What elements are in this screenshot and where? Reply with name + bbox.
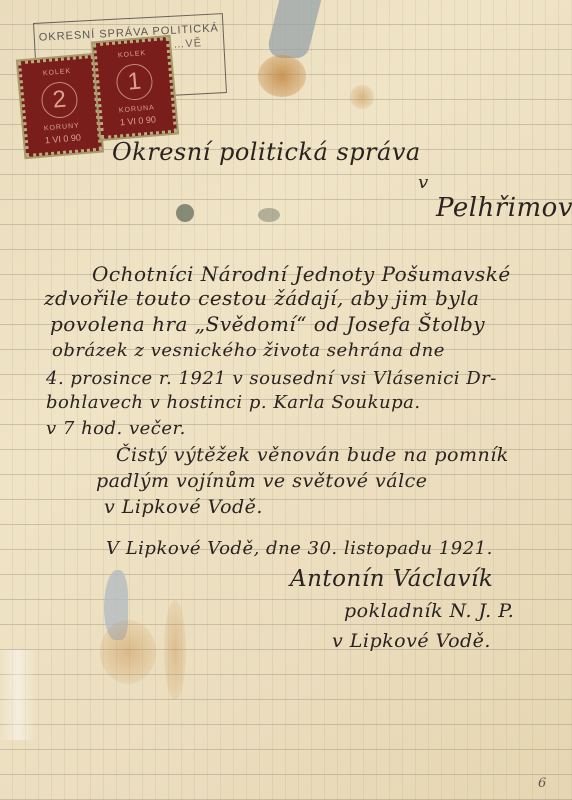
body-line6: bohlavech v hostinci p. Karla Soukupa. <box>46 392 421 413</box>
revenue-stamp-2-koruny: KOLEK 2 KORUNY 1 VI 0 90 <box>18 55 102 157</box>
green-ink-blot-1 <box>176 204 194 222</box>
place-and-date: V Lipkové Vodě, dne 30. listopadu 1921. <box>106 538 493 559</box>
signatory-location: v Lipkové Vodě. <box>332 630 491 652</box>
green-ink-blot-2 <box>258 208 280 222</box>
address-line1: Okresní politická správa <box>112 138 421 166</box>
body-line2: zdvořile touto cestou žádají, aby jim by… <box>44 286 479 310</box>
signatory-title: pokladník N. J. P. <box>344 600 514 622</box>
body-line4: obrázek z vesnického života sehrána dne <box>52 340 445 361</box>
signature: Antonín Václavík <box>290 566 493 592</box>
body-line7: v 7 hod. večer. <box>46 418 186 439</box>
revenue-stamp-1-koruna: KOLEK 1 KORUNA 1 VI 0 90 <box>93 37 177 139</box>
paper-crease <box>0 650 36 740</box>
rust-stain-bottom <box>100 620 156 684</box>
rubber-stamp-line2: …VĚ <box>173 37 202 50</box>
document-page: OKRESNÍ SPRÁVA POLITICKÁ …VĚ KOLEK 2 KOR… <box>0 0 572 800</box>
grey-paper-patch-top <box>265 0 321 58</box>
body-line3: povolena hra „Svědomí“ od Josefa Štolby <box>50 312 485 336</box>
body-line5: 4. prosince r. 1921 v sousední vsi Vláse… <box>46 368 497 389</box>
rust-stain-top <box>258 55 306 97</box>
rust-streak-bottom <box>164 600 186 700</box>
address-line3: Pelhřimově <box>436 193 572 223</box>
body-line8: Čistý výtěžek věnován bude na pomník <box>116 444 509 466</box>
page-number: 6 <box>538 776 547 791</box>
body-line9: padlým vojínům ve světové válce <box>96 470 428 492</box>
body-line1: Ochotníci Národní Jednoty Pošumavské <box>92 262 511 286</box>
body-line10: v Lipkové Vodě. <box>104 496 263 518</box>
address-line2: v <box>418 172 429 193</box>
rust-stain-small <box>350 85 374 109</box>
